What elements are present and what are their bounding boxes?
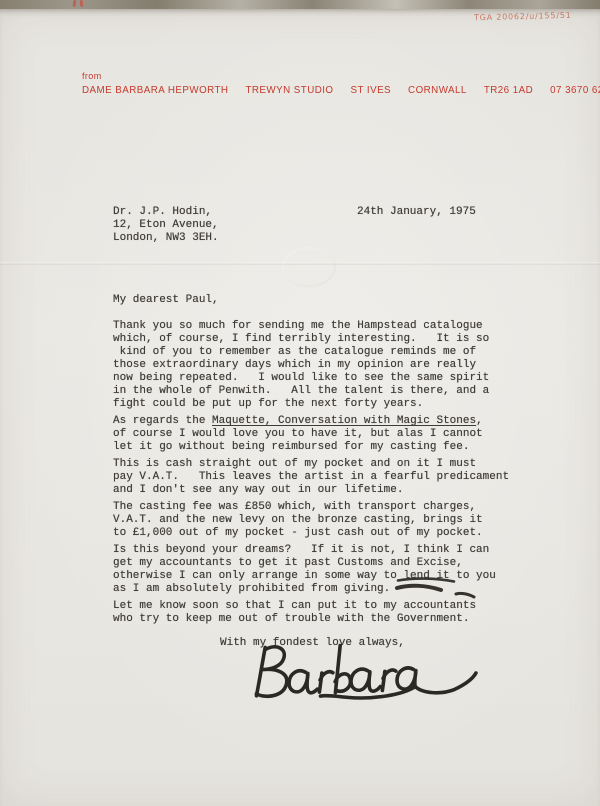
body-line: The casting fee was £850 which, with tra… xyxy=(113,501,509,514)
embossed-watermark xyxy=(282,247,336,287)
recipient-line: 12, Eton Avenue, xyxy=(113,219,219,232)
letter-photo: TGA 20062/u/155/51 from DAME BARBARA HEP… xyxy=(0,0,600,806)
pen-emphasis-marks xyxy=(394,581,480,603)
letterhead-from-label: from xyxy=(82,71,526,81)
maquette-prefix: As regards the xyxy=(113,415,212,427)
recipient-address: Dr. J.P. Hodin, 12, Eton Avenue, London,… xyxy=(113,206,219,245)
paragraph-casting-fee: The casting fee was £850 which, with tra… xyxy=(113,501,509,540)
body-line: V.A.T. and the new levy on the bronze ca… xyxy=(113,514,509,527)
paragraph-maquette: As regards the Maquette, Conversation wi… xyxy=(113,415,509,454)
letterhead-name: DAME BARBARA HEPWORTH xyxy=(82,85,228,96)
recipient-line: London, NW3 3EH. xyxy=(113,232,219,245)
body-line: to £1,000 out of my pocket - just cash o… xyxy=(113,527,509,540)
body-line: let it go without being reimbursed for m… xyxy=(113,441,509,454)
paragraph-cash-vat: This is cash straight out of my pocket a… xyxy=(113,458,509,497)
salutation: My dearest Paul, xyxy=(113,294,509,307)
archive-reference-handwriting: TGA 20062/u/155/51 xyxy=(474,11,572,23)
letter-date: 24th January, 1975 xyxy=(357,206,476,219)
body-line: now being repeated. I would like to see … xyxy=(113,372,509,385)
body-line: those extraordinary days which in my opi… xyxy=(113,359,509,372)
maquette-suffix: , xyxy=(476,415,483,427)
paragraph-let-me-know: Let me know soon so that I can put it to… xyxy=(113,600,509,626)
letterhead: from DAME BARBARA HEPWORTH TREWYN STUDIO… xyxy=(82,71,526,96)
signature-ink xyxy=(241,636,481,718)
body-line: Thank you so much for sending me the Ham… xyxy=(113,320,509,333)
body-line: in the whole of Penwith. All the talent … xyxy=(113,385,509,398)
signature-barbara: Barbara xyxy=(241,636,481,718)
maquette-title-underlined: Maquette, Conversation with Magic Stones xyxy=(212,415,476,427)
letter-paper: TGA 20062/u/155/51 from DAME BARBARA HEP… xyxy=(0,9,600,806)
letterhead-county: CORNWALL xyxy=(408,85,467,96)
cropped-red-ink-mark xyxy=(80,0,84,7)
cropped-red-ink-mark xyxy=(73,0,77,7)
body-line: Is this beyond your dreams? If it is not… xyxy=(113,544,509,557)
paragraph-hampstead-catalogue: Thank you so much for sending me the Ham… xyxy=(113,320,509,411)
body-line: get my accountants to get it past Custom… xyxy=(113,557,509,570)
body-line: which, of course, I find terribly intere… xyxy=(113,333,509,346)
letterhead-phone: 07 3670 6226 xyxy=(550,85,600,96)
letterhead-address-line: DAME BARBARA HEPWORTH TREWYN STUDIO ST I… xyxy=(82,85,526,96)
body-line: This is cash straight out of my pocket a… xyxy=(113,458,509,471)
body-line: of course I would love you to have it, b… xyxy=(113,428,509,441)
body-line: kind of you to remember as the catalogue… xyxy=(113,346,509,359)
body-line: As regards the Maquette, Conversation wi… xyxy=(113,415,509,428)
body-line: pay V.A.T. This leaves the artist in a f… xyxy=(113,471,509,484)
recipient-line: Dr. J.P. Hodin, xyxy=(113,206,219,219)
letterhead-studio: TREWYN STUDIO xyxy=(245,85,333,96)
body-line: fight could be put up for the next forty… xyxy=(113,398,509,411)
body-line: who try to keep me out of trouble with t… xyxy=(113,613,509,626)
letterhead-town: ST IVES xyxy=(351,85,392,96)
letterhead-postcode: TR26 1AD xyxy=(484,85,533,96)
body-line: and I don't see any way out in our lifet… xyxy=(113,484,509,497)
